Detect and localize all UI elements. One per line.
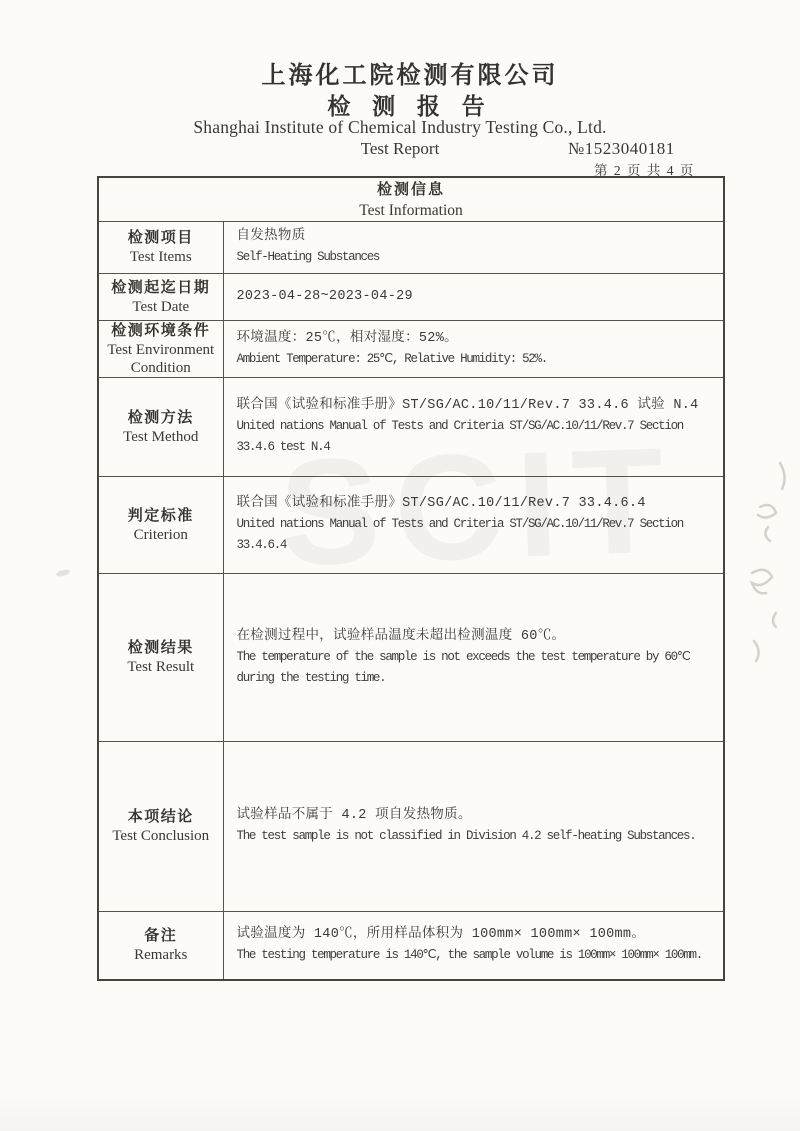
- table-row-test-date: 检测起迄日期 Test Date 2023-04-28~2023-04-29: [98, 273, 724, 320]
- table-row-test-items: 检测项目 Test Items 自发热物质 Self-Heating Subst…: [98, 221, 724, 273]
- row-content-cn: 试验样品不属于 4.2 项自发热物质。: [237, 805, 716, 826]
- row-label-cn: 检测结果: [99, 638, 223, 658]
- table-row-environment: 检测环境条件 Test Environment Condition 环境温度：2…: [98, 320, 724, 377]
- row-content-cell: 试验温度为 140℃，所用样品体积为 100mm× 100mm× 100mm。 …: [223, 911, 724, 980]
- row-content-cell: 2023-04-28~2023-04-29: [223, 273, 724, 320]
- row-label-cell: 本项结论 Test Conclusion: [98, 741, 223, 911]
- table-title-cell: 检测信息 Test Information: [98, 177, 724, 221]
- test-information-table: 检测信息 Test Information 检测项目 Test Items 自发…: [97, 176, 725, 981]
- report-title-en: Test Report: [0, 139, 800, 159]
- row-content-cell: 联合国《试验和标准手册》ST/SG/AC.10/11/Rev.7 33.4.6.…: [223, 476, 724, 573]
- row-label-en: Test Date: [99, 298, 223, 316]
- row-content-cn: 自发热物质: [237, 226, 716, 247]
- row-label-cn: 本项结论: [99, 807, 223, 827]
- row-label-cell: 检测项目 Test Items: [98, 221, 223, 273]
- row-content-en: The temperature of the sample is not exc…: [237, 647, 716, 689]
- row-content-cn: 联合国《试验和标准手册》ST/SG/AC.10/11/Rev.7 33.4.6 …: [237, 395, 716, 416]
- row-content-cn: 试验温度为 140℃，所用样品体积为 100mm× 100mm× 100mm。: [237, 924, 716, 945]
- row-label-cell: 检测结果 Test Result: [98, 573, 223, 741]
- table-title-cn: 检测信息: [99, 178, 723, 201]
- row-label-en: Remarks: [99, 946, 223, 964]
- row-label-en: Criterion: [99, 526, 223, 544]
- row-label-en: Test Items: [99, 248, 223, 266]
- row-content-cell: 自发热物质 Self-Heating Substances: [223, 221, 724, 273]
- row-content-cn: 在检测过程中，试验样品温度未超出检测温度 60℃。: [237, 626, 716, 647]
- row-content-cell: 联合国《试验和标准手册》ST/SG/AC.10/11/Rev.7 33.4.6 …: [223, 377, 724, 476]
- row-label-cn: 判定标准: [99, 506, 223, 526]
- table-row-test-result: 检测结果 Test Result 在检测过程中，试验样品温度未超出检测温度 60…: [98, 573, 724, 741]
- table-title-en: Test Information: [99, 201, 723, 220]
- row-label-cn: 检测起迄日期: [99, 278, 223, 298]
- row-label-en: Test Method: [99, 428, 223, 446]
- table-row-test-method: 检测方法 Test Method 联合国《试验和标准手册》ST/SG/AC.10…: [98, 377, 724, 476]
- row-label-en: Test Result: [99, 658, 223, 676]
- scan-bleed-marks-icon: [742, 455, 797, 665]
- report-page: SCIT 上海化工院检测有限公司 检 测 报 告 Shanghai Instit…: [0, 0, 800, 1131]
- row-label-cn: 备注: [99, 926, 223, 946]
- row-label-cn: 检测项目: [99, 228, 223, 248]
- table-header-row: 检测信息 Test Information: [98, 177, 724, 221]
- row-content-cell: 在检测过程中，试验样品温度未超出检测温度 60℃。 The temperatur…: [223, 573, 724, 741]
- row-content-en: United nations Manual of Tests and Crite…: [237, 514, 716, 556]
- row-content-en: Self-Heating Substances: [237, 247, 716, 268]
- row-label-cn: 检测环境条件: [99, 321, 223, 341]
- row-content-en: Ambient Temperature: 25℃, Relative Humid…: [237, 349, 716, 370]
- row-label-cell: 判定标准 Criterion: [98, 476, 223, 573]
- row-content-cn: 环境温度：25℃，相对湿度：52%。: [237, 328, 716, 349]
- row-label-cell: 检测方法 Test Method: [98, 377, 223, 476]
- row-content-cn: 联合国《试验和标准手册》ST/SG/AC.10/11/Rev.7 33.4.6.…: [237, 493, 716, 514]
- row-label-en: Test Conclusion: [99, 827, 223, 845]
- row-label-cell: 备注 Remarks: [98, 911, 223, 980]
- row-label-en: Test Environment Condition: [99, 341, 223, 377]
- row-content-en: The testing temperature is 140℃, the sam…: [237, 945, 716, 966]
- row-content-en: United nations Manual of Tests and Crite…: [237, 416, 716, 458]
- scan-smudge: [55, 568, 70, 577]
- table-row-conclusion: 本项结论 Test Conclusion 试验样品不属于 4.2 项自发热物质。…: [98, 741, 724, 911]
- table-row-criterion: 判定标准 Criterion 联合国《试验和标准手册》ST/SG/AC.10/1…: [98, 476, 724, 573]
- row-content-cell: 试验样品不属于 4.2 项自发热物质。 The test sample is n…: [223, 741, 724, 911]
- row-content-en: The test sample is not classified in Div…: [237, 826, 716, 847]
- row-label-cell: 检测起迄日期 Test Date: [98, 273, 223, 320]
- company-name-cn: 上海化工院检测有限公司: [10, 55, 800, 90]
- row-content-cell: 环境温度：25℃，相对湿度：52%。 Ambient Temperature: …: [223, 320, 724, 377]
- row-label-cn: 检测方法: [99, 408, 223, 428]
- row-content-cn: 2023-04-28~2023-04-29: [237, 286, 716, 307]
- report-number: №1523040181: [568, 139, 675, 159]
- row-label-cell: 检测环境条件 Test Environment Condition: [98, 320, 223, 377]
- table-row-remarks: 备注 Remarks 试验温度为 140℃，所用样品体积为 100mm× 100…: [98, 911, 724, 980]
- company-name-en: Shanghai Institute of Chemical Industry …: [0, 117, 800, 138]
